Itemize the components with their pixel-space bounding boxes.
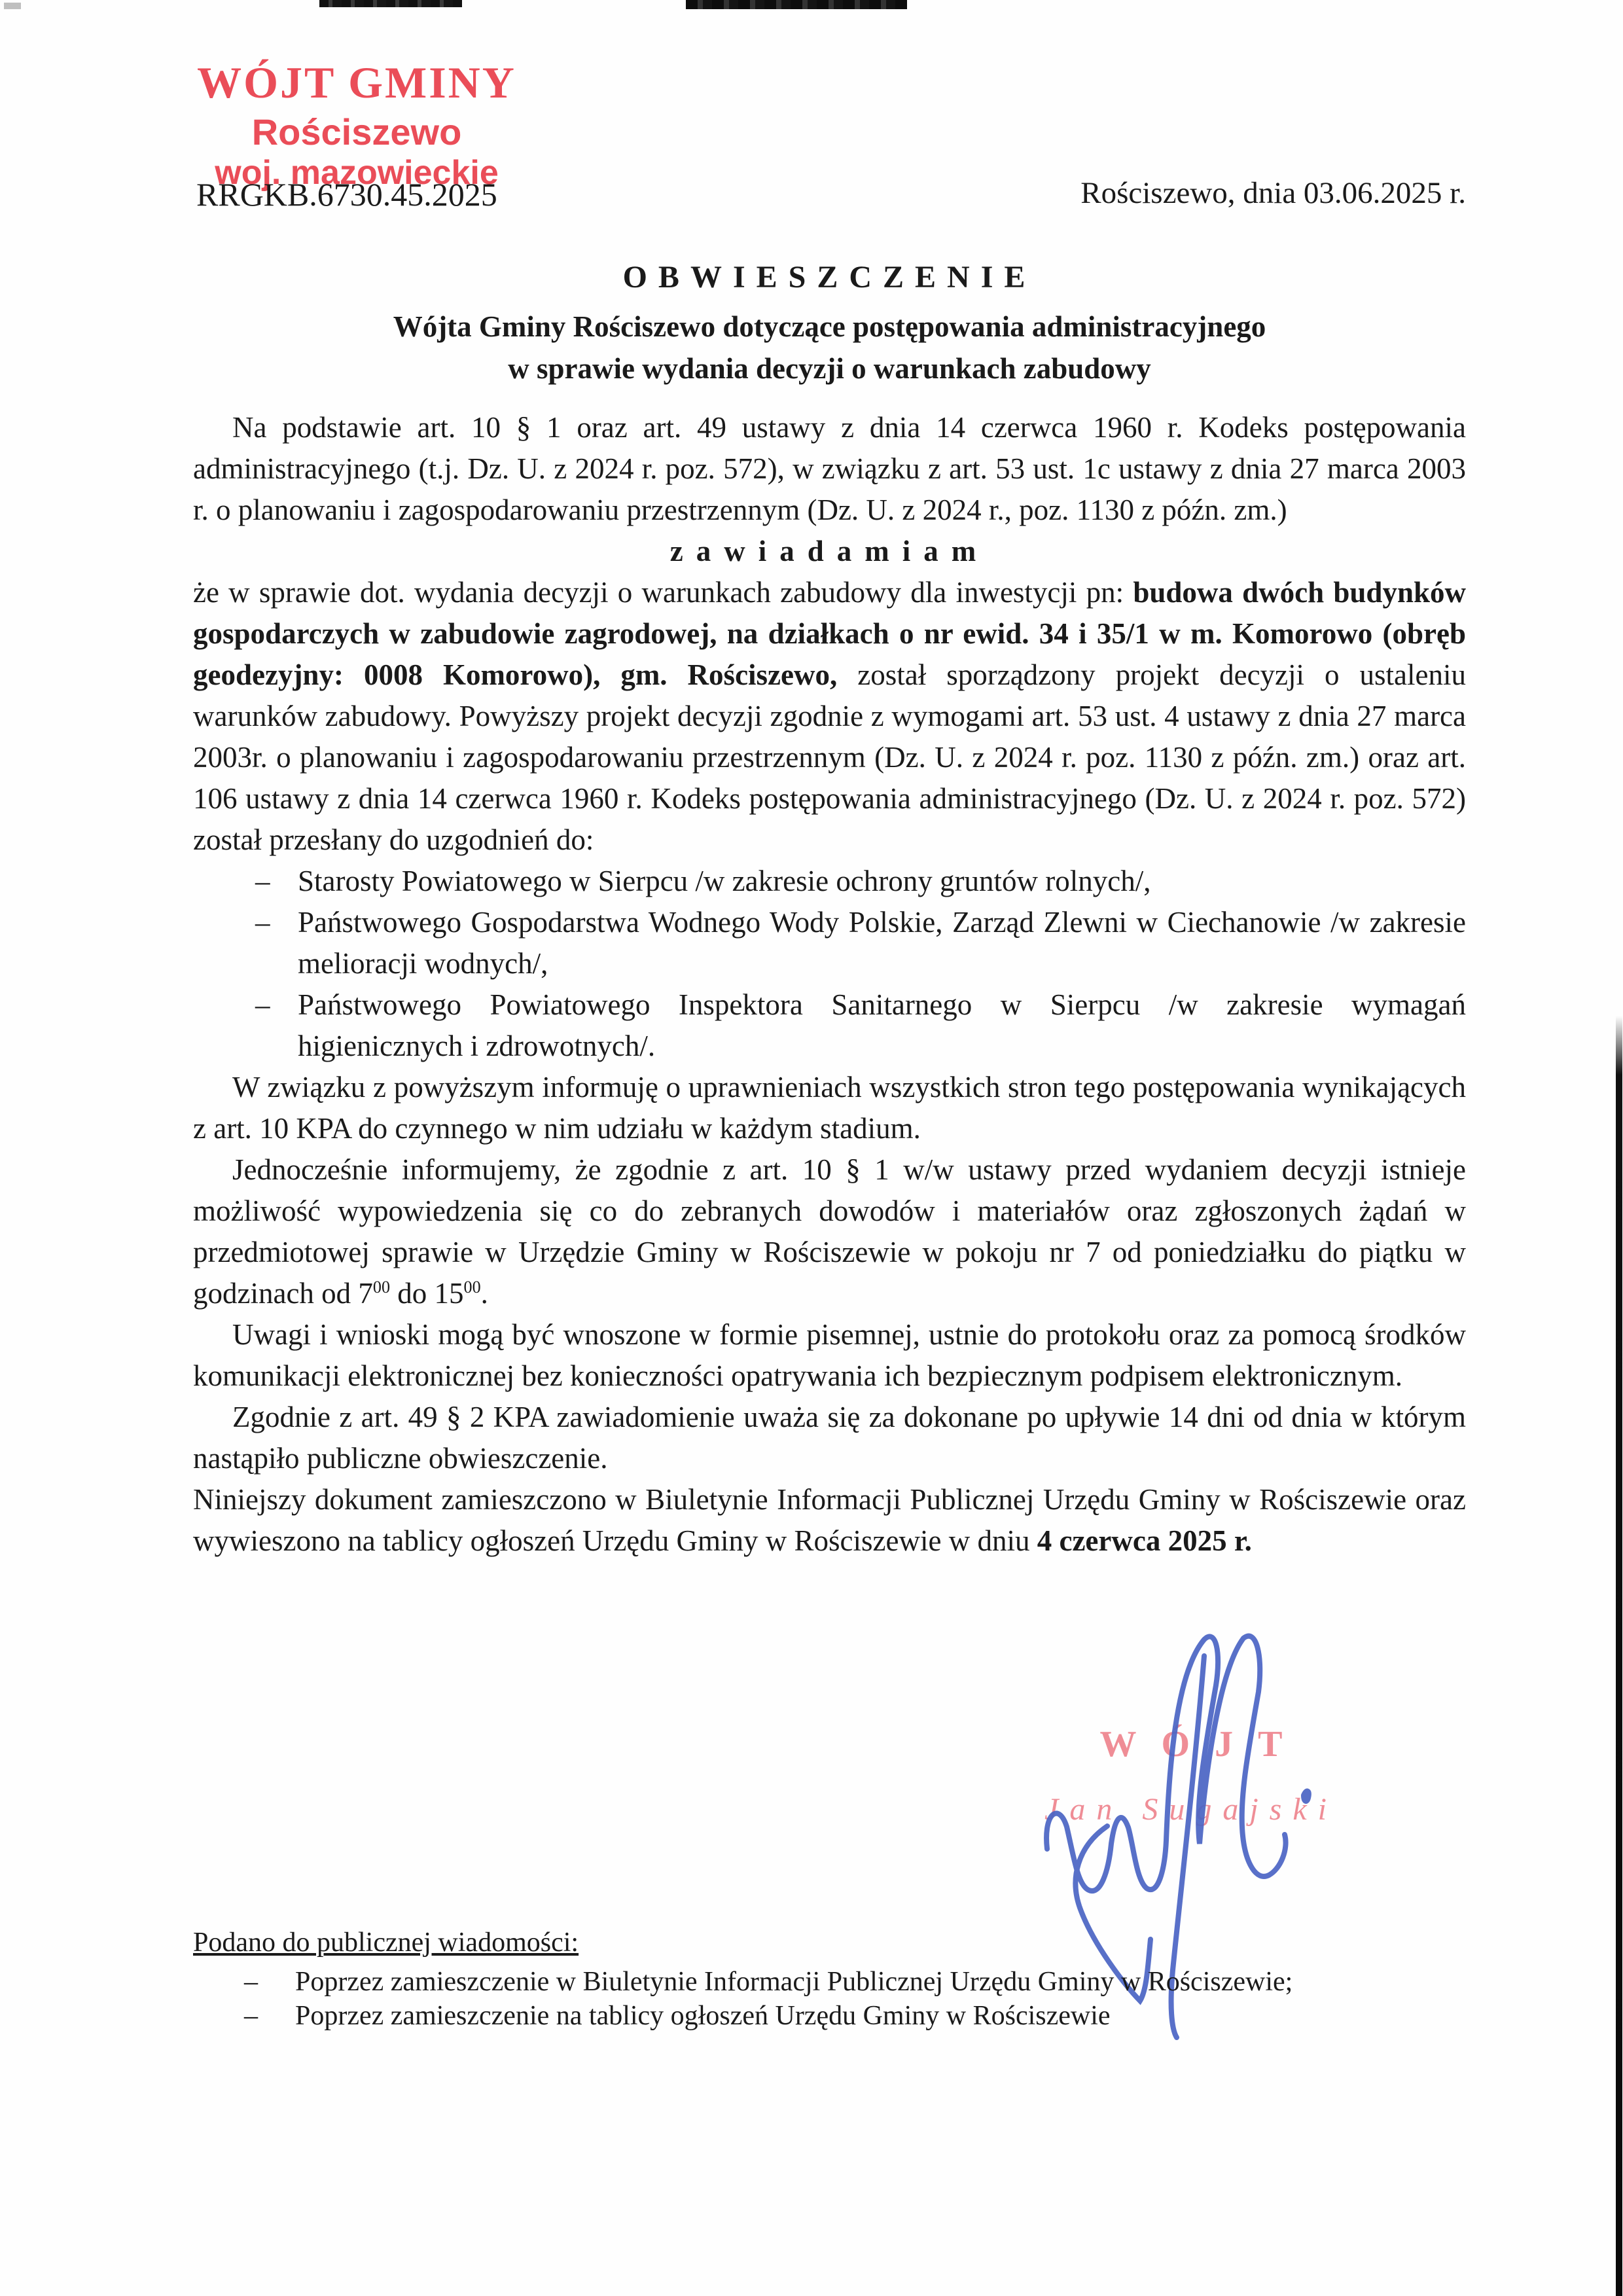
footer-item: – Poprzez zamieszczenie w Biuletynie Inf… [193, 1965, 1466, 1999]
footer-item: – Poprzez zamieszczenie na tablicy ogłos… [193, 1999, 1466, 2033]
list-item-text: Państwowego Gospodarstwa Wodnego Wody Po… [298, 902, 1466, 984]
dash-bullet: – [244, 1965, 295, 1999]
document-title: OBWIESZCZENIE [193, 259, 1466, 295]
list-item: – Państwowego Gospodarstwa Wodnego Wody … [193, 902, 1466, 984]
office-stamp: WÓJT GMINY Rościszewo woj. mazowieckie [167, 60, 546, 190]
document-subtitle-1: Wójta Gminy Rościszewo dotyczące postępo… [193, 306, 1466, 348]
dash-bullet: – [244, 1999, 295, 2033]
scan-artifact-corner [4, 3, 21, 9]
office-stamp-line1: WÓJT GMINY [167, 60, 546, 105]
footer-item-text: Poprzez zamieszczenie na tablicy ogłosze… [295, 1999, 1111, 2033]
document-subtitle-2: w sprawie wydania decyzji o warunkach za… [193, 348, 1466, 389]
scan-artifact-top-right [686, 0, 907, 9]
list-item: – Państwowego Powiatowego Inspektora San… [193, 984, 1466, 1067]
document-page: WÓJT GMINY Rościszewo woj. mazowieckie R… [0, 0, 1623, 2296]
body-text: Na podstawie art. 10 § 1 oraz art. 49 us… [193, 407, 1466, 1562]
paragraph-review-info: Jednocześnie informujemy, że zgodnie z a… [193, 1149, 1466, 1314]
place-and-date: Rościszewo, dnia 03.06.2025 r. [193, 175, 1466, 211]
dash-bullet: – [255, 902, 298, 984]
paragraph-legal-basis: Na podstawie art. 10 § 1 oraz art. 49 us… [193, 407, 1466, 531]
list-item: – Starosty Powiatowego w Sierpcu /w zakr… [193, 861, 1466, 902]
dash-bullet: – [255, 984, 298, 1067]
footer-block: Podano do publicznej wiadomości: – Poprz… [193, 1926, 1466, 2033]
scan-artifact-right-edge [1616, 1016, 1622, 2296]
footer-item-text: Poprzez zamieszczenie w Biuletynie Infor… [295, 1965, 1293, 1999]
paragraph-remarks-info: Uwagi i wnioski mogą być wnoszone w form… [193, 1314, 1466, 1397]
paragraph-rights-info: W związku z powyższym informuję o uprawn… [193, 1067, 1466, 1149]
footer-heading: Podano do publicznej wiadomości: [193, 1926, 1466, 1960]
scan-artifact-top-left [319, 0, 462, 7]
office-stamp-line2: Rościszewo [167, 114, 546, 151]
paragraph-case-description: że w sprawie dot. wydania decyzji o waru… [193, 572, 1466, 861]
agencies-list: – Starosty Powiatowego w Sierpcu /w zakr… [193, 861, 1466, 1067]
paragraph-zawiadamiam: zawiadamiam [193, 531, 1466, 572]
paragraph-publication-info: Niniejszy dokument zamieszczono w Biulet… [193, 1479, 1466, 1562]
title-block: OBWIESZCZENIE Wójta Gminy Rościszewo dot… [193, 259, 1466, 389]
list-item-text: Starosty Powiatowego w Sierpcu /w zakres… [298, 861, 1466, 902]
dash-bullet: – [255, 861, 298, 902]
list-item-text: Państwowego Powiatowego Inspektora Sanit… [298, 984, 1466, 1067]
paragraph-deadline-info: Zgodnie z art. 49 § 2 KPA zawiadomienie … [193, 1397, 1466, 1479]
